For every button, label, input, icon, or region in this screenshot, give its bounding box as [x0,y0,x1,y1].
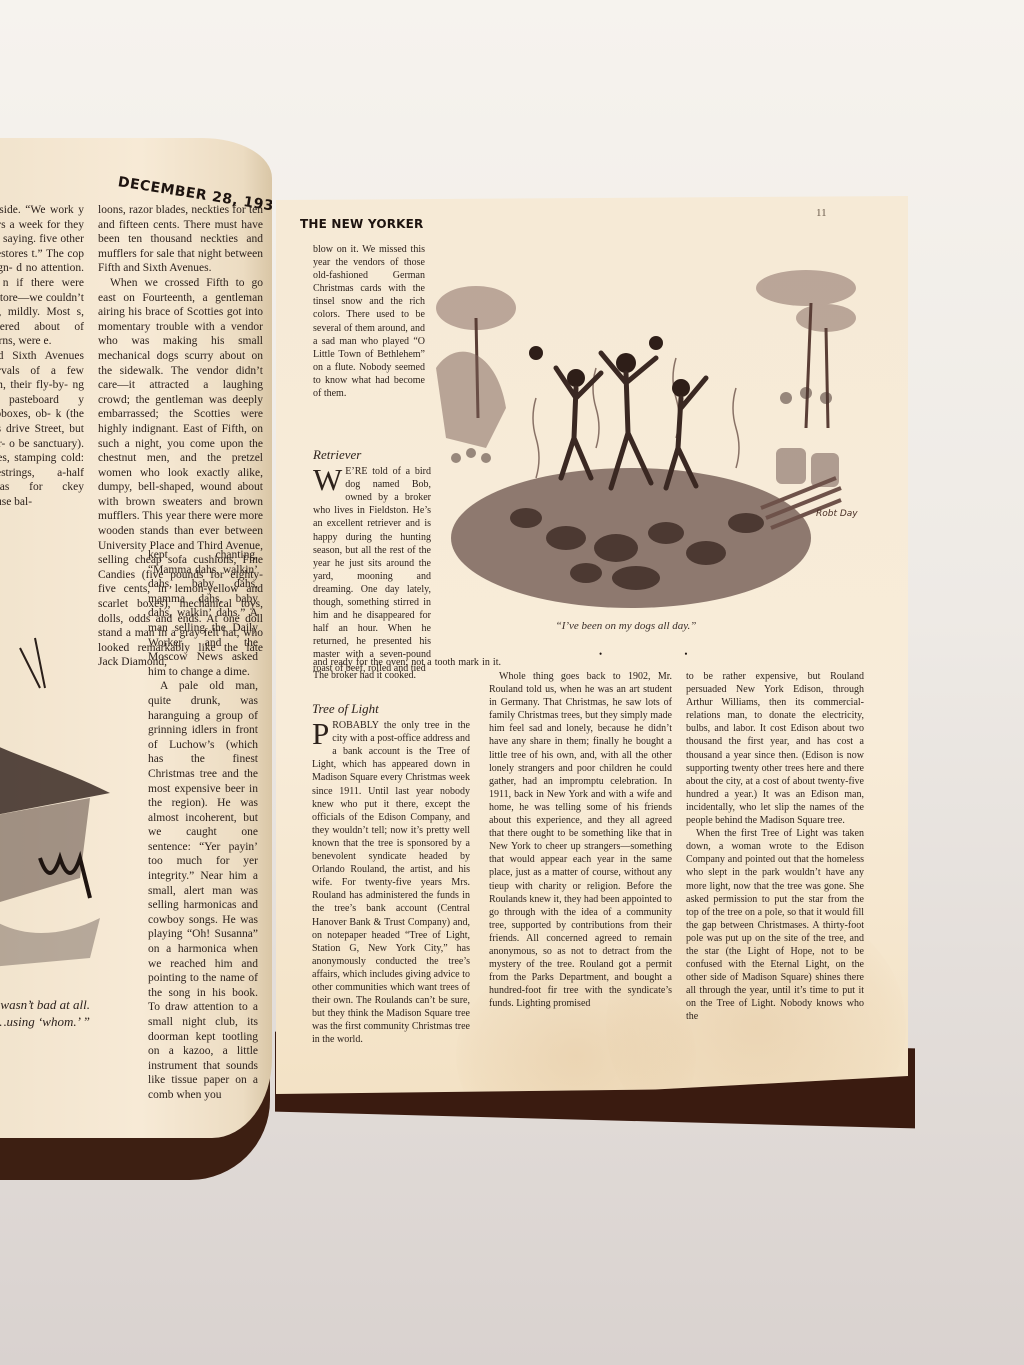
paragraph: nd Sixth Avenues intervals of a few them… [0,349,84,510]
drop-cap: W [313,467,342,493]
paragraph: loons, razor blades, neckties for ten an… [98,203,263,276]
tree-of-light-col-3: to be rather expensive, but Rouland pers… [686,670,864,1024]
paragraph: kept chanting, “Mamma dahs, walkin’ dahs… [148,548,258,679]
paragraph: A pale old man, quite drunk, was harangu… [148,679,258,1102]
paragraph: to be rather expensive, but Rouland pers… [686,670,864,827]
section-separator: • • [599,649,728,659]
paragraph: PROBABLY the only tree in the city with … [312,719,470,1046]
illustration-caption: “I’ve been on my dogs all day.” [526,620,726,632]
magazine-spread: DECEMBER 28, 1935 o inside. “We work y h… [0,0,1024,1365]
paragraph: blow on it. We missed this year the vend… [313,243,425,400]
page-number: 11 [816,207,827,219]
tree-of-light-col-2: Whole thing goes back to 1902, Mr. Roula… [489,670,672,1010]
paragraph: Whole thing goes back to 1902, Mr. Roula… [489,670,672,1010]
tree-of-light-col-1: Tree of Light PROBABLY the only tree in … [312,702,470,1046]
retriever-section: Retriever WE’RE told of a bird dog named… [313,448,431,675]
left-page: DECEMBER 28, 1935 o inside. “We work y h… [0,138,272,1138]
section-heading-retriever: Retriever [313,448,431,461]
left-column-a: o inside. “We work y hours a week for th… [0,203,84,509]
dancers-on-hot-coals-illustration [416,248,866,628]
left-column-c: kept chanting, “Mamma dahs, walkin’ dahs… [148,548,258,1103]
paragraph: When the first Tree of Light was taken d… [686,827,864,1023]
artist-signature: Robt Day [816,509,858,519]
right-page: THE NEW YORKER 11 blow on it. We missed … [276,196,908,1094]
retriever-tail: and ready for the oven; not a tooth mark… [313,656,501,682]
section-heading-tree-of-light: Tree of Light [312,702,470,715]
drop-cap: P [312,721,329,747]
left-cartoon-illustration [0,618,120,1018]
paragraph: WE’RE told of a bird dog named Bob, owne… [313,465,431,675]
paragraph: o inside. “We work y hours a week for th… [0,203,84,349]
left-cartoon-caption: …wasn’t bad at all. …using ‘whom.’ ” [0,996,90,1030]
intro-column: blow on it. We missed this year the vend… [313,243,425,400]
paragraph: and ready for the oven; not a tooth mark… [313,656,501,682]
masthead: THE NEW YORKER [300,217,424,231]
